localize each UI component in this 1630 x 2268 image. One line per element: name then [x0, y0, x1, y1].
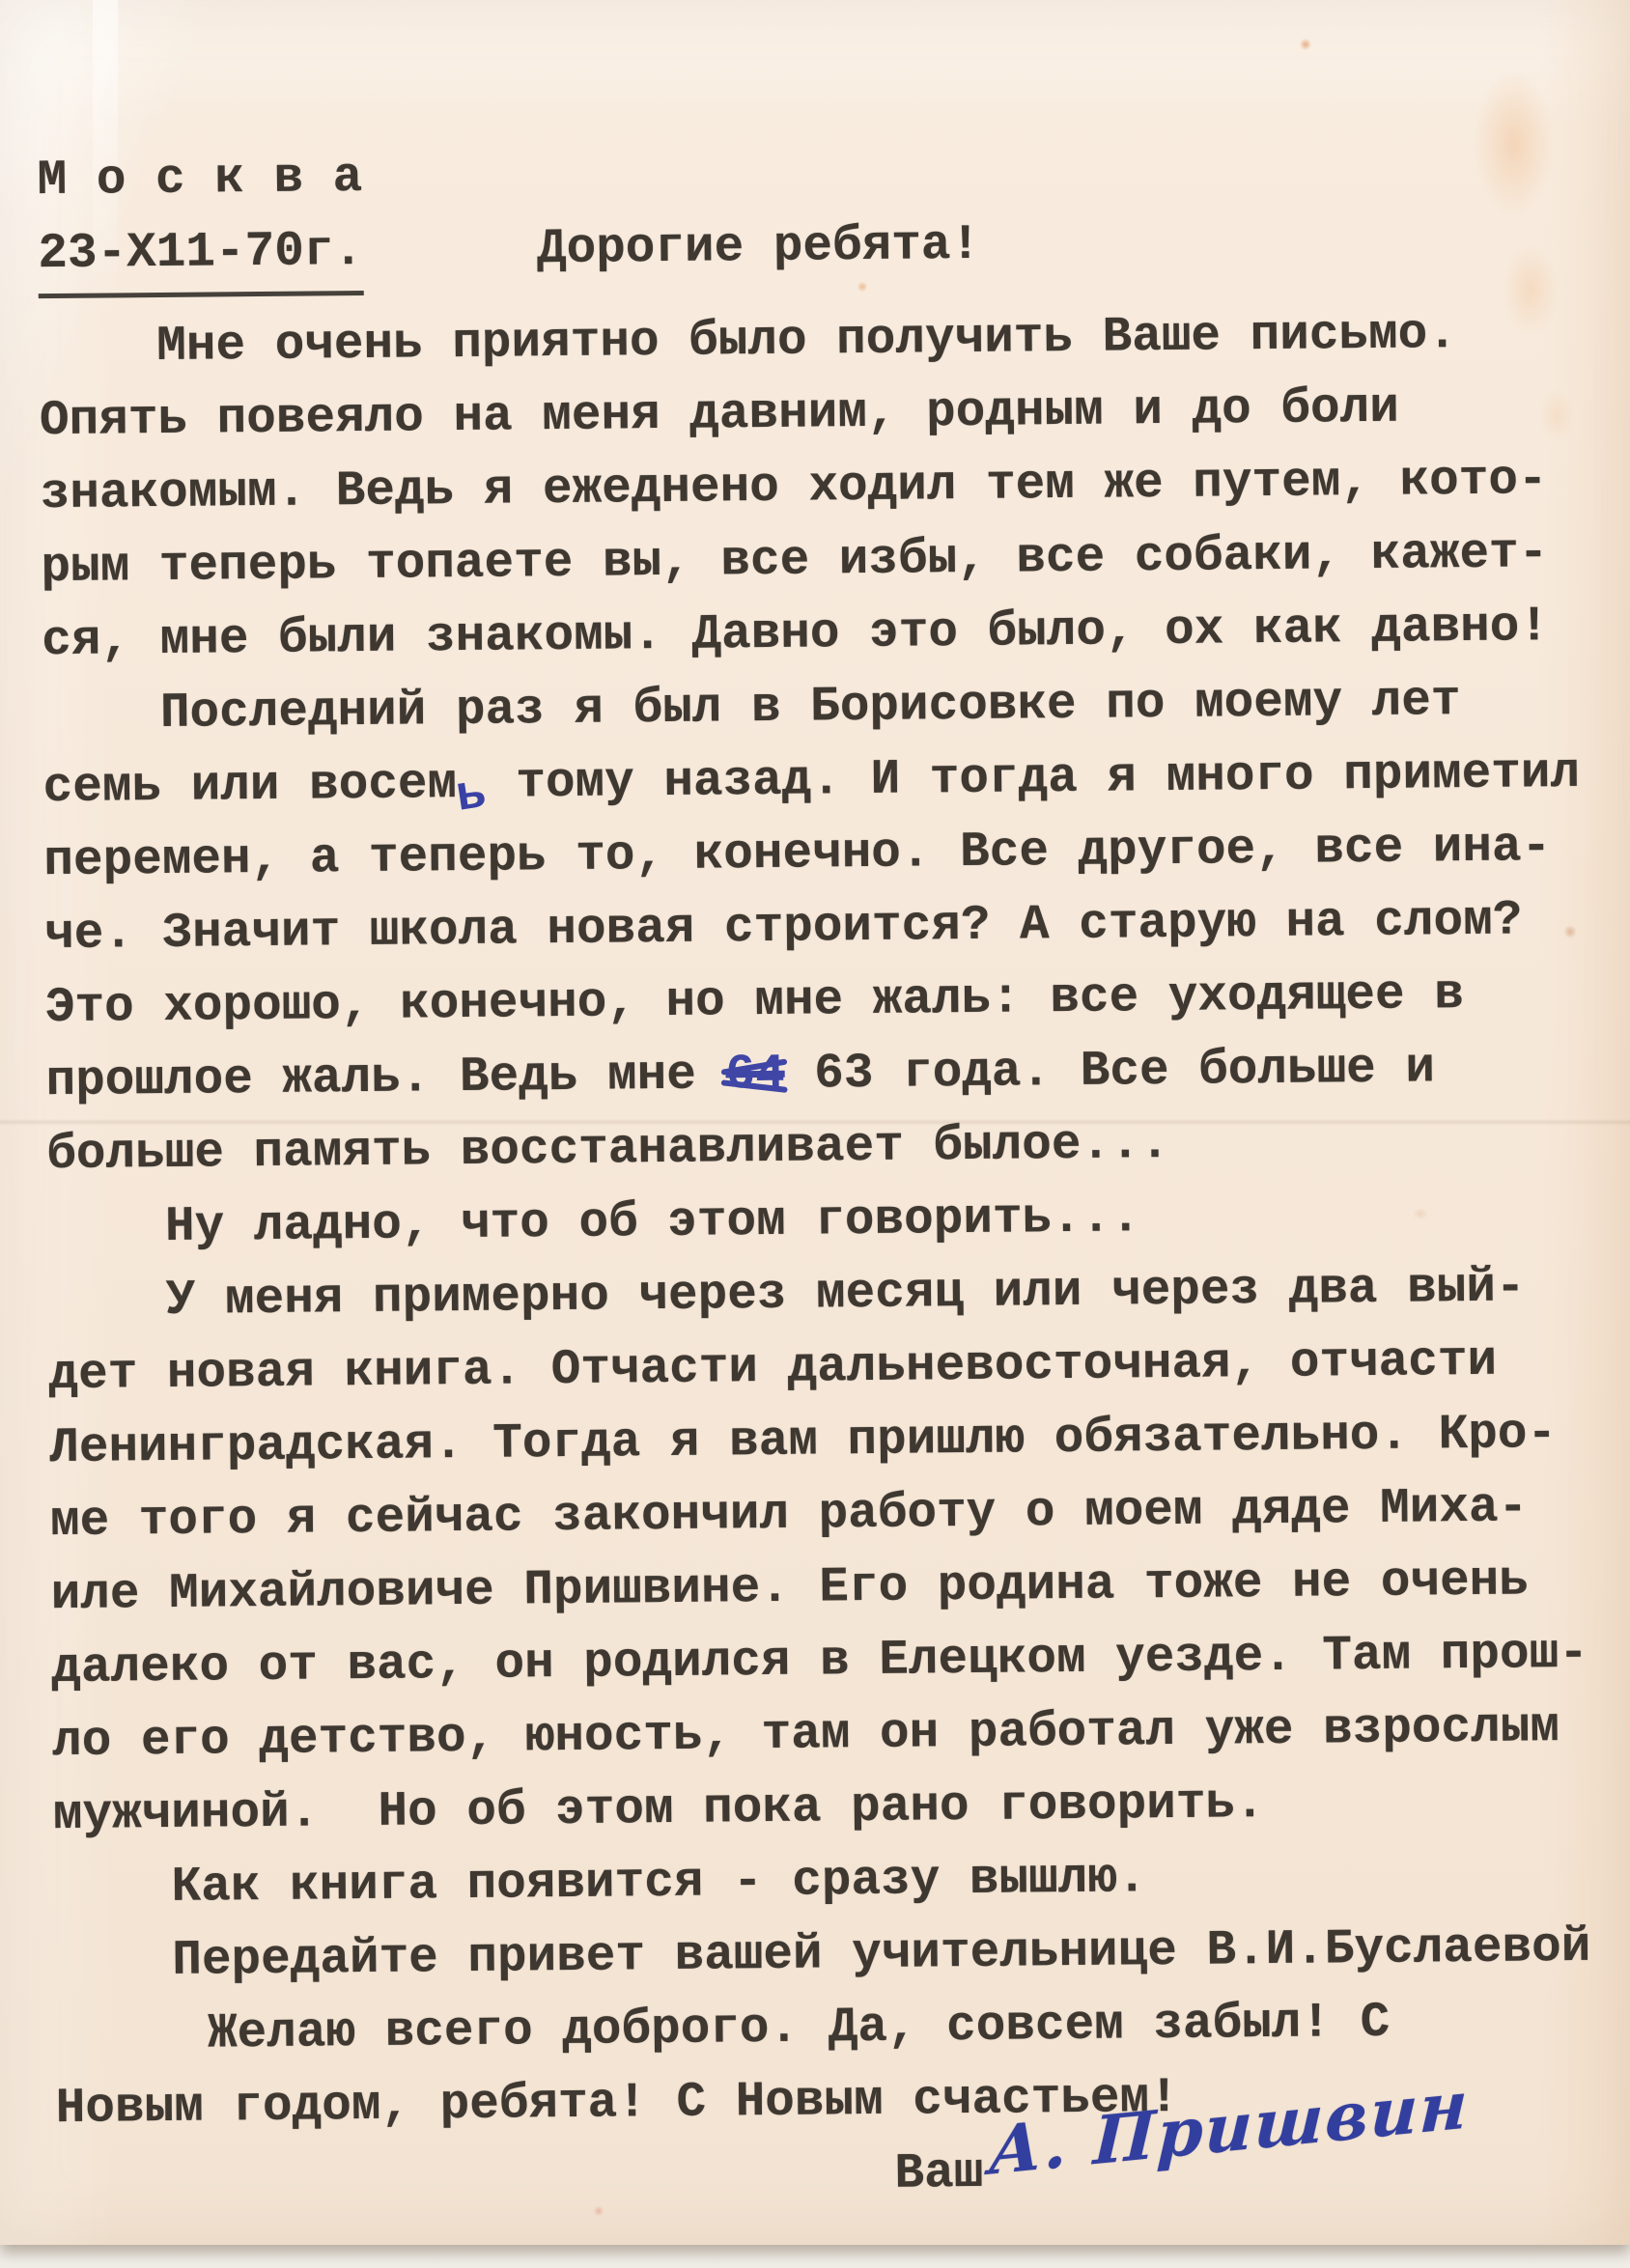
line-text: семь или восем	[42, 757, 457, 816]
line-text: тому назад. И тогда я много приметил	[486, 746, 1580, 812]
line-text: прошлое жаль. Ведь мне	[45, 1048, 725, 1109]
letter-line: ло его детство, юность, там он работал у…	[52, 1692, 1598, 1779]
letter-line: Желаю всего доброго. Да, совсем забыл! С	[55, 1985, 1601, 2073]
date-text: 23-Х11-70г.	[38, 215, 363, 298]
letter-body: Мне очень приятно было получить Ваше пис…	[39, 297, 1601, 2146]
date-line: 23-Х11-70г.Дорогие ребята!	[38, 204, 1584, 298]
pen-crossed-out-number: 64	[725, 1039, 785, 1113]
scan-background: М о с к в а 23-Х11-70г.Дорогие ребята! М…	[0, 0, 1630, 2268]
closing-text: Ваш	[894, 2146, 983, 2202]
salutation: Дорогие ребята!	[537, 218, 981, 277]
letter-paper: М о с к в а 23-Х11-70г.Дорогие ребята! М…	[0, 0, 1630, 2245]
line-text: 63 года. Все больше и	[784, 1041, 1435, 1102]
letter-content: М о с к в а 23-Х11-70г.Дорогие ребята! М…	[37, 130, 1602, 2220]
letter-line: прошлое жаль. Ведь мне 64 63 года. Все б…	[45, 1031, 1591, 1119]
